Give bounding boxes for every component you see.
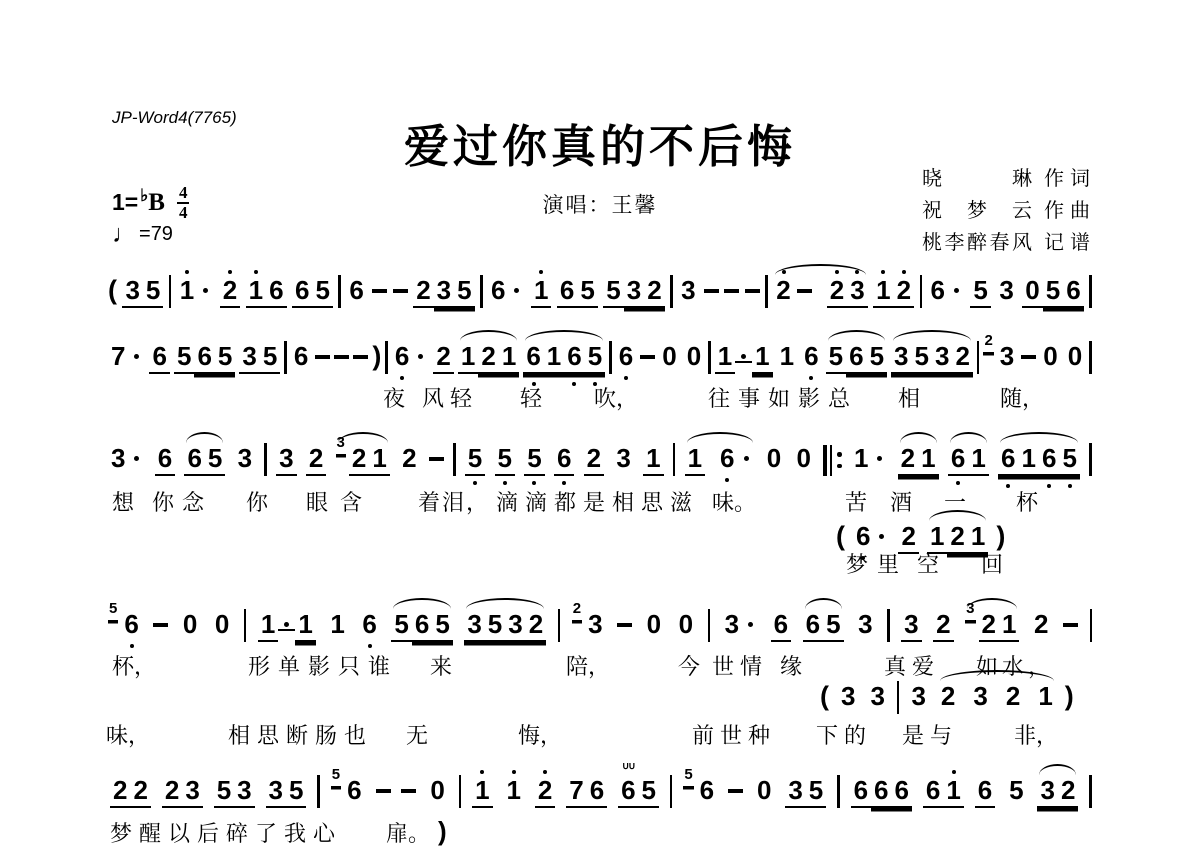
note-group: 6 [928,276,965,306]
slur-arc [393,598,450,609]
note: 5 [432,610,452,642]
slur-arc [186,432,223,443]
note: 3 [678,276,698,306]
note: 3 [235,444,255,474]
note-group: 6 [155,444,175,476]
note: 1 [968,522,988,554]
note: 2 [1003,682,1023,712]
lyric-segment: 着泪， [418,489,490,516]
lyric-segment: 夜 [383,385,405,412]
note-group: 12 [873,276,914,308]
note-group: 1 [777,342,797,372]
notation-line-4-ossia: (3332321) [820,682,1074,718]
note-group: 3 [722,610,759,640]
lyric-segment: 形单影只谁 [248,653,398,680]
note: 1 [943,776,963,808]
dash-note [724,289,739,293]
note-group: 3 [276,444,296,476]
lyric-segment: 酒 [890,489,912,516]
grace-note: 5 [683,767,693,787]
note: 1 [851,444,871,474]
note: 6 [998,444,1018,476]
barline [1089,775,1092,808]
lyric-segment: 味。 [712,489,756,516]
lyric-segment: 是与 [902,722,958,749]
paren: ( [108,276,117,304]
note: 6 [853,522,873,552]
note-group: 2 [220,276,240,308]
note: 2 [478,342,498,374]
note: 2 [773,276,793,306]
lyric-segment: 吹， [594,385,638,412]
note: 7 [566,776,586,808]
lyric-segment: 苦 [845,489,867,516]
repeat-bar-thick [823,445,827,476]
note-group: 235 [413,276,474,308]
note: 1 [369,444,389,476]
note: 3 [996,276,1016,306]
note: 2 [130,776,150,808]
note: 6 [1063,276,1083,308]
note: 6 [292,276,312,308]
note: 6 [803,610,823,642]
note: 0 [764,444,784,474]
note-group: 3 [838,682,858,712]
note-group: 1 [327,610,347,640]
note-group: 22 [110,776,151,808]
octave-dot-below [1068,484,1072,488]
note: 2 [947,522,967,554]
note: 0 [1022,276,1042,308]
note: 1 [258,610,278,642]
note-group: 6 [488,276,525,306]
slur-arc [1000,432,1078,443]
note: 1 [999,610,1019,642]
note: 5 [970,276,990,308]
note: 3 [838,682,858,712]
note: 1 [499,342,519,374]
note-group: 76 [566,776,607,808]
note: 5 [174,342,194,374]
note: 6∪∪ [618,776,638,808]
note-group: 6∪∪5 [618,776,659,808]
dash-note [1063,623,1078,627]
slur-arc [466,598,544,609]
augmentation-dot [738,444,755,463]
note-group: 0 [1065,342,1085,372]
note-group: 3 [678,276,698,306]
note: 6 [948,444,968,476]
key-prefix: 1 [112,189,125,216]
note-group: 6 [771,610,791,642]
barline [708,341,711,374]
note: 2 [399,444,419,474]
barline [920,275,923,308]
dash-note [153,623,168,627]
note-group: 0 [644,610,664,640]
lyric-segment: ) [438,818,447,845]
credit-line: 晓琳作词 [922,162,1096,191]
time-signature-numerator: 4 [177,184,190,204]
note-group: 35 [122,276,163,308]
note: 5 [603,276,623,308]
note-group: 6 [975,776,995,808]
lyric-segment: 梦醒以后碎了我心 [110,820,342,847]
barline [284,341,287,374]
note: 1 [643,444,663,476]
dash-note [704,289,719,293]
lyric-segment: 相思断肠也 [228,722,373,749]
lyric-segment: 你念 [152,489,212,516]
note: 1 [752,342,772,374]
note: 3 [266,776,286,808]
slur-arc [687,432,753,443]
dash-note [393,289,408,293]
credit-name-char: 梦 [967,194,987,223]
octave-dot-above [539,270,543,274]
note: 1 [327,610,347,640]
augmentation-dot [128,444,145,463]
octave-dot-below [532,481,536,485]
note-group: 65 [557,276,598,308]
note: 3 [239,342,259,374]
note: 1 [715,342,735,374]
lyric-segment: 眼含 [306,489,374,516]
credit-name-char: 云 [1012,194,1032,223]
note: 1 [503,776,523,806]
octave-dot-above [185,270,189,274]
slur-arc [950,432,987,443]
note: 0 [676,610,696,640]
note: 2 [1058,776,1078,808]
notation-line-1: (3512166562356165532322312653056 [108,276,1092,312]
note: 6 [1039,444,1059,476]
note-group: 35 [239,342,280,374]
note: 2 [526,610,546,642]
note-group: 0 [212,610,232,640]
lyric-segment: 真爱 [884,653,940,680]
note: 3 [932,342,952,374]
note-group: 65 [803,610,844,642]
barline [1089,443,1092,476]
note: 6 [121,610,141,640]
note-group: 565 [826,342,887,374]
tempo-value: 79 [151,223,173,246]
note: 3 [624,276,644,308]
slur-arc [900,432,937,443]
dash-note [429,457,444,461]
note: 2 [894,276,914,308]
note-group: 5 [465,444,485,476]
note-group: 6 [346,276,366,306]
dash-note [376,789,391,793]
key-tonic: B [148,189,165,217]
dot [134,354,139,359]
dot [748,622,753,627]
octave-dot-below [1006,484,1010,488]
note-group: 6165 [998,444,1080,476]
dot [418,354,423,359]
note: 5 [215,342,235,374]
note-group: 0 [754,776,774,806]
notation-line-5: 22235335560112766∪∪556035666616532 [110,776,1092,812]
note-group: 1 [503,776,523,806]
note: 3 [855,610,875,640]
note: 5 [823,610,843,642]
note: 1 [927,522,947,554]
note: 5 [313,276,333,308]
quarter-note-icon: ♩ [112,222,137,247]
repeat-dots [837,452,842,468]
octave-dot-above [855,270,859,274]
note: 6 [149,342,169,374]
note-group: 56 [331,776,365,806]
note-group: 35 [785,776,826,808]
grace-note: 2 [983,333,993,353]
note-group: 0 [1040,342,1060,372]
note: 2 [979,610,999,642]
note: 1 [1035,682,1055,712]
note: 0 [427,776,447,806]
octave-dot-above [835,270,839,274]
note: 2 [938,682,958,712]
credit-name-char: 祝 [922,194,942,223]
lyric-segment: 缘 [780,653,802,680]
dash-note [334,355,349,359]
note: 2 [644,276,664,308]
octave-dot-above [881,270,885,274]
time-signature: 4 4 [177,184,190,222]
augmentation-dot [128,342,145,361]
lyric-segment: 杯 [1016,489,1038,516]
note: 2 [220,276,240,308]
barline [558,609,561,642]
note-group: 2 [433,342,453,374]
note-group: 532 [603,276,664,308]
note: 2 [1031,610,1051,640]
note-group: 3 [613,444,633,474]
note-group: 0 [676,610,696,640]
barline [264,443,267,476]
note-group: 3 [855,610,875,640]
paren: ( [836,522,845,550]
note-group: 121 [927,522,988,554]
note: 3 [1037,776,1057,808]
barline [480,275,483,308]
note-group: 6 [554,444,574,476]
note: 3 [867,682,887,712]
augmentation-dot [278,610,295,631]
note: 6 [846,342,866,374]
note-group: 3 [908,682,928,712]
note-group: 56 [108,610,142,640]
paren: ) [372,342,381,370]
barline [169,275,172,308]
note-group: 5 [524,444,544,476]
note-group: 61 [923,776,964,808]
grace-note: 5 [108,601,118,621]
note: 5 [1006,776,1026,806]
credit-name-char: 春 [990,226,1010,255]
note-group: 6 [149,342,169,374]
note: 6 [412,610,432,642]
note: 5 [639,776,659,808]
octave-dot-below [400,376,404,380]
barline [673,443,676,476]
octave-dot-below [809,376,813,380]
note: 5 [485,610,505,642]
note: 6 [587,776,607,808]
note: 2 [110,776,130,808]
note: 1 [544,342,564,374]
barline [670,775,673,808]
octave-dot-below [956,481,960,485]
dash-note [315,355,330,359]
note: 1 [968,444,988,476]
note: 2 [933,610,953,642]
dash-note [797,289,812,293]
barline [1090,609,1093,642]
note: 5 [214,776,234,808]
note-group: 321 [965,610,1019,642]
dot [134,456,139,461]
barline [670,275,673,308]
lyrics-verse2-line3: 味，相思断肠也无悔，前世种下的是与非， [0,722,1200,752]
note-group: 0 [684,342,704,372]
note: 6 [523,342,543,374]
augmentation-dot [508,276,525,295]
lyrics-verse1-line2: 想你念你眼含着泪，滴滴都是相思滋味。苦酒一杯 [0,489,1200,519]
lyric-segment: 往事如影总 [708,385,858,412]
augmentation-dot [735,342,752,363]
octave-dot-below [473,481,477,485]
note-group: 65 [184,444,225,476]
note: 5 [826,342,846,374]
dot [879,534,884,539]
note: 6 [557,276,577,308]
note-group: 5 [495,444,515,476]
credits-block: 晓琳作词祝梦云作曲桃李醉春风记谱 [922,162,1096,255]
octave-dot-above [543,770,547,774]
note: 1 [458,342,478,374]
note-group: 121 [458,342,519,374]
note-group: 5 [1006,776,1026,806]
note: 6 [717,444,737,474]
note: 5 [867,342,887,374]
note-group: 1 [177,276,214,306]
note-group: 1 [851,444,888,474]
key-signature: 1=♭B 4 4 [112,184,189,222]
note-group: 23 [983,342,1017,372]
note-group: 23 [162,776,203,808]
jianpu-sheet-page: JP-Word4(7765) 爱过你真的不后悔 演唱：王馨 晓琳作词祝梦云作曲桃… [0,0,1200,850]
note-group: 3 [901,610,921,642]
slur-arc [893,330,971,341]
slur-arc [460,330,517,341]
barline [459,775,462,808]
octave-dot-above [480,770,484,774]
note: 2 [162,776,182,808]
barline [837,775,840,808]
credit-name-char: 桃 [922,226,942,255]
note-group: 2 [1031,610,1051,640]
grace-note: 2 [572,601,582,621]
note-group: 2 [898,522,918,554]
note: 0 [754,776,774,806]
octave-dot-above [228,270,232,274]
note-group: 35 [266,776,307,808]
note: 3 [613,444,633,474]
dot [741,354,746,359]
note: 2 [306,444,326,476]
equals-sign: = [139,223,151,246]
note: 0 [212,610,232,640]
note: 5 [585,342,605,374]
lyric-segment: 想 [112,489,134,516]
grace-note: 3 [965,601,975,621]
note: 6 [871,776,891,808]
note: 6 [488,276,508,306]
octave-dot-below [725,478,729,482]
lyric-segment: 来 [430,653,452,680]
note: 0 [180,610,200,640]
credit-name-char: 李 [945,226,965,255]
repeat-sign [823,444,842,476]
note: 3 [722,610,742,640]
barline [897,681,900,714]
notation-line-3: 3665332321255562311600121616165 [108,444,1092,480]
note: 6 [184,444,204,476]
dash-note [372,289,387,293]
note-group: 23 [572,610,606,640]
credit-line: 桃李醉春风记谱 [922,226,1096,255]
lyric-segment: 世情 [712,653,768,680]
dot [744,456,749,461]
barline [977,341,980,374]
barline [708,609,711,642]
note: 6 [928,276,948,306]
lyric-segment: 杯， [112,653,156,680]
lyric-segment: 前世种 [692,722,776,749]
barline [385,341,388,374]
octave-dot-below [503,481,507,485]
augmentation-dot [197,276,214,295]
grace-note: 3 [336,435,346,455]
slur-arc [525,330,603,341]
note-group: 321 [336,444,390,476]
note-group: 11 [258,610,316,642]
note-group: 2321 [938,682,1056,712]
credit-name: 祝梦云 [922,194,1032,223]
note: 1 [531,276,551,308]
note-group: 1 [531,276,551,308]
equals-sign: = [125,189,138,216]
note-group: 565 [174,342,235,374]
credit-name: 桃李醉春风 [922,226,1032,255]
lyric-segment: 随， [1000,385,1044,412]
note-group: 61 [948,444,989,476]
note-group: 3 [996,276,1016,306]
note: 3 [234,776,254,808]
note: 6 [923,776,943,808]
augmentation-dot [742,610,759,629]
lyric-segment: 下的 [816,722,872,749]
lyric-segment: 味， [106,722,150,749]
dot [203,288,208,293]
credit-role: 作词 [1044,162,1096,191]
note: 6 [155,444,175,476]
note: 6 [564,342,584,374]
